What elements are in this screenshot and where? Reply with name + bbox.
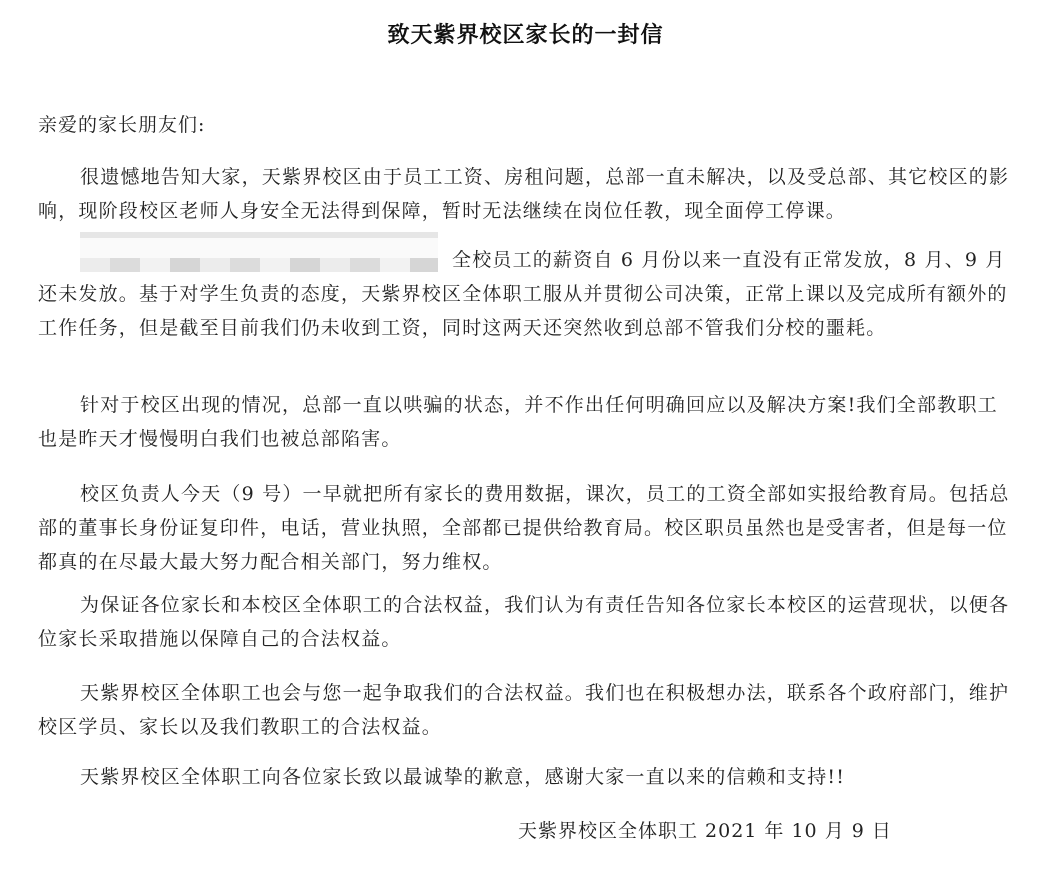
paragraph-7: 天紫界校区全体职工向各位家长致以最诚挚的歉意，感谢大家一直以来的信赖和支持!!: [38, 760, 1013, 794]
paragraph-5: 为保证各位家长和本校区全体职工的合法权益，我们认为有责任告知各位家长本校区的运营…: [38, 588, 1013, 656]
paragraph-1: 很遗憾地告知大家，天紫界校区由于员工工资、房租问题，总部一直未解决，以及受总部、…: [38, 160, 1013, 228]
paragraph-2: 全校员工的薪资自 6 月份以来一直没有正常发放，8 月、9 月还未发放。基于对学…: [38, 232, 1013, 345]
paragraph-6: 天紫界校区全体职工也会与您一起争取我们的合法权益。我们也在积极想办法，联系各个政…: [38, 676, 1013, 744]
redacted-text-block: [80, 232, 438, 272]
letter-page: 致天紫界校区家长的一封信 亲爱的家长朋友们: 很遗憾地告知大家，天紫界校区由于员…: [0, 0, 1051, 893]
signature-date: 天紫界校区全体职工 2021 年 10 月 9 日: [518, 816, 892, 843]
salutation: 亲爱的家长朋友们:: [38, 110, 205, 137]
letter-title: 致天紫界校区家长的一封信: [0, 18, 1051, 49]
paragraph-4: 校区负责人今天（9 号）一早就把所有家长的费用数据，课次，员工的工资全部如实报给…: [38, 477, 1013, 579]
paragraph-3: 针对于校区出现的情况，总部一直以哄骗的状态，并不作出任何明确回应以及解决方案!我…: [38, 388, 1013, 456]
